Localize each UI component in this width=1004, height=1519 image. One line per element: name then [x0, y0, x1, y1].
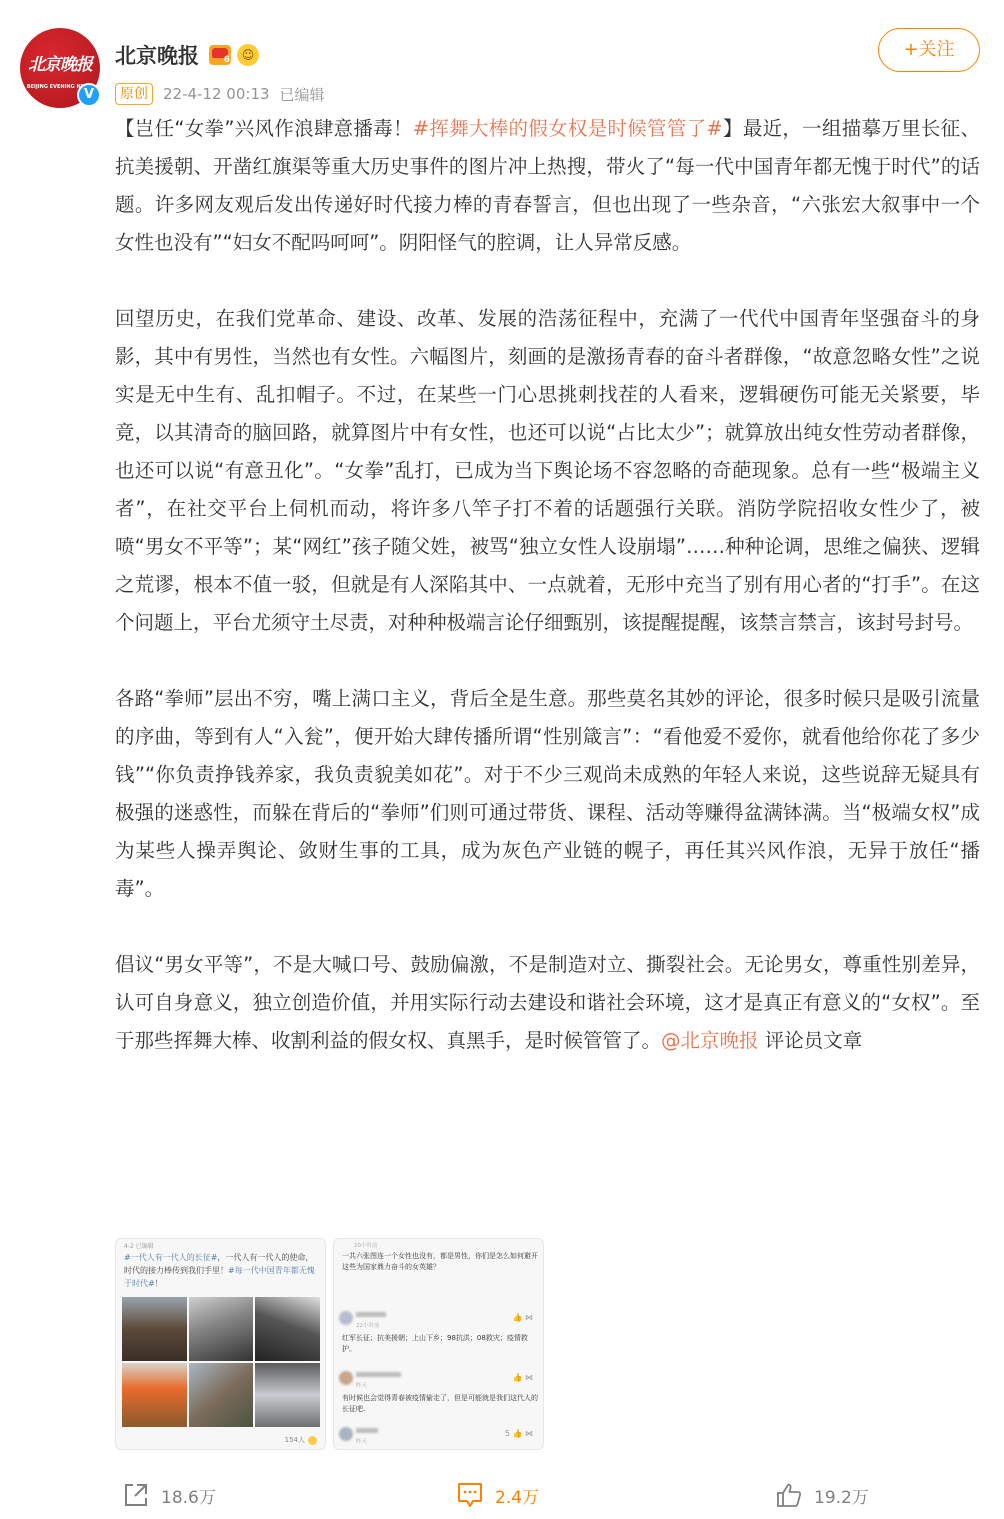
comment-likes: 5 — [505, 1429, 510, 1438]
photo-earthquake-rescue — [189, 1363, 254, 1427]
comment-actions: 👍 ⋈ — [512, 1373, 533, 1382]
author-name[interactable]: 北京晚报 — [115, 40, 199, 70]
embedded-post-text: #一代人有一代人的长征#，一代人有一代人的使命，时代的接力棒传到我们手里！#每一… — [124, 1251, 320, 1290]
photo-troops-crossing — [189, 1297, 254, 1361]
avatar-logo-text: 北京晚报 — [20, 50, 100, 75]
photo-flood-rescue — [122, 1363, 187, 1427]
post-timestamp[interactable]: 22-4-12 00:13 — [163, 85, 270, 103]
commenter-avatar — [339, 1427, 353, 1441]
commenter-avatar — [339, 1311, 353, 1325]
comment-time: 昨天 — [356, 1381, 367, 1389]
comment-button[interactable]: 2.4万 — [457, 1480, 539, 1510]
comment-time: 20小时前 — [354, 1241, 378, 1249]
blurred-username — [356, 1372, 401, 1377]
comment-icon — [457, 1482, 483, 1508]
post-images: 4-2 已编辑 #一代人有一代人的长征#，一代人有一代人的使命，时代的接力棒传到… — [115, 1238, 545, 1450]
comment-time: 22小时前 — [356, 1321, 380, 1329]
blurred-username — [356, 1312, 386, 1317]
comment-count: 2.4万 — [495, 1483, 539, 1508]
comment-time: 昨天 — [356, 1437, 367, 1445]
like-icon — [776, 1482, 802, 1508]
comment-text: 有时候也会觉得青春被疫情偷走了，但是可能就是我们这代人的长征吧. — [342, 1393, 538, 1415]
paragraph-1: 【岂任“女拳”兴风作浪肆意播毒！#挥舞大棒的假女权是时候管管了#】最近，一组描摹… — [115, 110, 980, 262]
image-thumbnail-1[interactable]: 4-2 已编辑 #一代人有一代人的长征#，一代人有一代人的使命，时代的接力棒传到… — [115, 1238, 326, 1450]
comment-text: 一共六张图连一个女性也没有，都是男性，你们是怎么如何避开这些为国家鼎力奋斗的女英… — [342, 1251, 538, 1273]
commenter-avatar — [339, 1371, 353, 1385]
emoji-face-icon — [308, 1436, 317, 1445]
vip-level: 6 — [224, 55, 230, 65]
embedded-footer: 154人 — [285, 1435, 317, 1445]
blurred-username — [356, 1428, 378, 1433]
verified-icon: V — [77, 83, 101, 107]
follow-button[interactable]: +关注 — [878, 28, 980, 72]
photo-long-march — [122, 1297, 187, 1361]
post-meta: 原创 22-4-12 00:13 已编辑 — [115, 82, 325, 106]
edited-label[interactable]: 已编辑 — [280, 84, 325, 105]
image-thumbnail-2[interactable]: 20小时前 一共六张图连一个女性也没有，都是男性，你们是怎么如何避开这些为国家鼎… — [333, 1238, 544, 1450]
paragraph-text: 【岂任“女拳”兴风作浪肆意播毒！ — [115, 117, 413, 140]
photo-grid — [122, 1297, 320, 1427]
vip-crown-icon[interactable]: 6 — [209, 45, 231, 65]
paragraph-2: 回望历史，在我们党革命、建设、改革、发展的浩荡征程中，充满了一代代中国青年坚强奋… — [115, 300, 980, 642]
author-row: 北京晚报 6 ☺ — [115, 40, 259, 70]
comment-actions: 5 👍 ⋈ — [505, 1429, 533, 1438]
paragraph-4: 倡议“男女平等”，不是大喊口号、鼓励偏激，不是制造对立、撕裂社会。无论男女，尊重… — [115, 946, 980, 1060]
original-tag: 原创 — [115, 83, 153, 105]
paragraph-3: 各路“拳师”层出不穷，嘴上满口主义，背后全是生意。那些莫名其妙的评论，很多时候只… — [115, 680, 980, 908]
embedded-text: ！ — [155, 1279, 163, 1288]
like-count: 19.2万 — [814, 1483, 869, 1508]
emoji-badge-icon[interactable]: ☺ — [237, 44, 259, 66]
share-button[interactable]: 18.6万 — [123, 1480, 216, 1510]
comment-text: 红军长征；抗美援朝；上山下乡；98抗洪；08救灾；疫情救护。 — [342, 1333, 538, 1355]
like-button[interactable]: 19.2万 — [776, 1480, 869, 1510]
mention-link[interactable]: @北京晚报 — [661, 1029, 759, 1052]
embedded-count: 154人 — [285, 1435, 305, 1445]
embedded-hashtag: #一代人有一代人的长征# — [124, 1253, 217, 1262]
hashtag-link[interactable]: #挥舞大棒的假女权是时候管管了# — [413, 117, 723, 140]
photo-medical-workers — [255, 1363, 320, 1427]
post-body: 【岂任“女拳”兴风作浪肆意播毒！#挥舞大棒的假女权是时候管管了#】最近，一组描摹… — [115, 110, 980, 1060]
paragraph-text: 评论员文章 — [759, 1029, 863, 1052]
share-icon — [123, 1482, 149, 1508]
post-header: 北京晚报 BEIJING EVENING NEWS V 北京晚报 6 ☺ 原创 … — [0, 0, 1004, 110]
action-bar: 18.6万 2.4万 19.2万 — [0, 1470, 1004, 1519]
comment-actions: 👍 ⋈ — [512, 1313, 533, 1322]
share-count: 18.6万 — [161, 1483, 216, 1508]
photo-mountain-march — [255, 1297, 320, 1361]
embedded-post-header: 4-2 已编辑 — [124, 1241, 154, 1250]
